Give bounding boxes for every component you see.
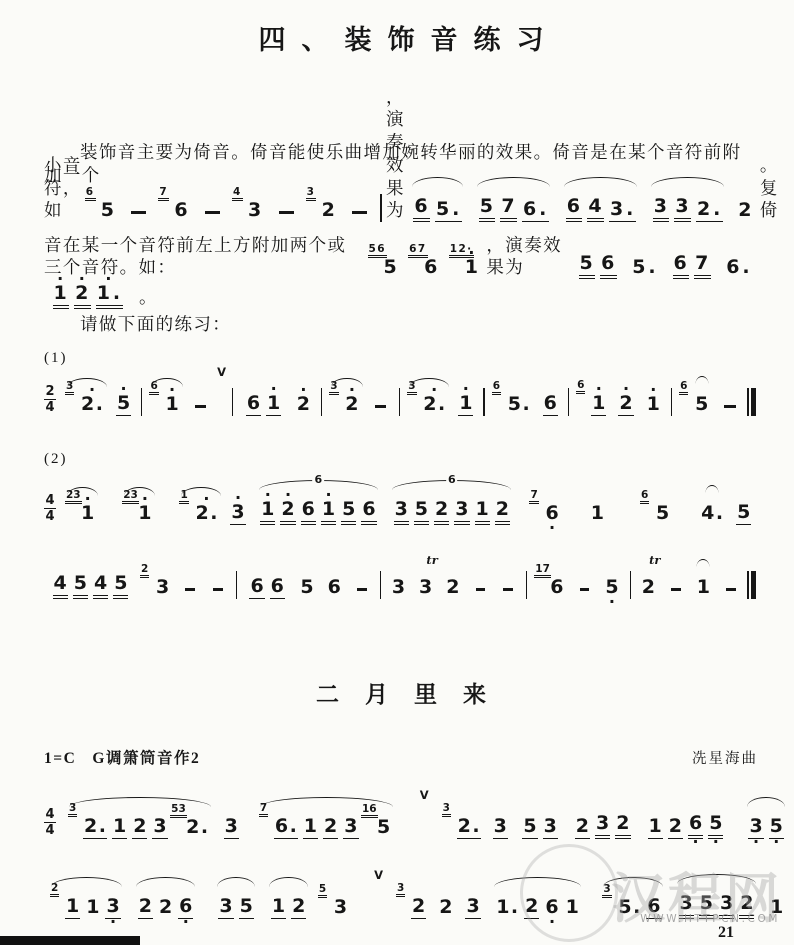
note: 6: [246, 385, 261, 416]
low-octave-dot: ·: [713, 839, 719, 844]
note-number: 5: [299, 578, 314, 599]
exercise-1-notation: 243·2.·56·1V6·1·23·23·2.·165.66·1·2·165: [44, 368, 758, 416]
note-group: 6·1: [243, 385, 283, 416]
note-number: 2: [618, 394, 633, 416]
fermata-arc: [695, 376, 708, 384]
intro-line-2: 小音符，如 65764332 ，演奏效果为 65.576.643.332.2 。…: [44, 170, 758, 222]
slur-arc: [409, 378, 449, 387]
sustain-dash: [213, 588, 223, 591]
intro-line-4: ·1·2·1. 。: [44, 265, 758, 309]
breath-mark: V: [217, 365, 226, 379]
note: 5: [239, 888, 254, 919]
note: 6·: [178, 888, 193, 919]
note-number: 2: [495, 500, 510, 525]
note: 2: [438, 889, 453, 919]
grace-note: 2: [50, 882, 59, 897]
key-signature-text: 1=C G调箫筒音作2: [44, 746, 200, 768]
note: 65: [655, 495, 670, 525]
note-number: 5: [113, 574, 128, 599]
note-number: 1: [696, 578, 711, 599]
note: 1: [112, 808, 127, 839]
note-number: 1: [85, 898, 100, 919]
note-number: 6: [566, 197, 583, 222]
grace-note: 6: [85, 186, 96, 201]
low-octave-dot: ·: [753, 839, 759, 844]
note: 1: [85, 889, 100, 919]
note-number: 3: [391, 578, 406, 599]
time-sig-denominator: 4: [45, 510, 54, 524]
note: 3: [493, 808, 508, 839]
note-number: 1: [164, 395, 179, 416]
note: 65: [694, 386, 709, 416]
note: 6: [327, 569, 342, 599]
augmentation-dot: .: [290, 815, 297, 837]
note-number: 2: [615, 814, 630, 839]
grace-note: 6: [679, 380, 688, 395]
note-number: 1: [303, 817, 318, 839]
note-number: 2.: [83, 817, 107, 839]
sustain-dash: [726, 588, 736, 591]
sustain-dash: [476, 588, 486, 591]
slur-arc: [67, 378, 107, 387]
note: 65: [100, 192, 117, 222]
note-number: 3: [394, 500, 409, 525]
note-number: 2: [132, 817, 147, 839]
note-number: 3: [595, 814, 610, 839]
slur-arc: [181, 487, 221, 496]
note-group: 12: [268, 888, 308, 919]
note-number: 1: [112, 817, 127, 839]
thick-bar: [751, 571, 756, 599]
note-number: 1: [646, 395, 661, 416]
low-octave-dot: ·: [549, 525, 555, 530]
note: 6·1: [591, 385, 606, 416]
note: 23·1: [80, 495, 95, 525]
thin-bar: [747, 388, 749, 416]
grace-note: 6: [492, 380, 501, 395]
barline: [671, 388, 672, 416]
note: 5: [73, 565, 88, 599]
thick-bar: [751, 388, 756, 416]
barline: [321, 388, 322, 416]
song-meta-line: 1=C G调箫筒音作2 冼星海曲: [44, 746, 758, 768]
note-number: 2: [445, 578, 460, 599]
note-number: 2: [158, 898, 173, 919]
note-group: 35: [216, 888, 256, 919]
grace-note: 12·: [449, 243, 474, 258]
note: 5: [113, 565, 128, 599]
note-number: 6: [249, 577, 264, 599]
note: 5.: [435, 191, 462, 222]
note: 1: [303, 808, 318, 839]
grace-note: 17: [534, 563, 551, 578]
note: 2: [495, 491, 510, 525]
augmentation-dot: .: [96, 393, 103, 415]
note: ·1.: [96, 275, 123, 309]
note-group: 3·5·: [746, 808, 786, 839]
grace-note: 2: [140, 563, 149, 578]
note-number: 3: [674, 197, 691, 222]
note-number: 1.: [495, 898, 519, 919]
note-number: 1.: [96, 284, 123, 309]
note-number: 3: [155, 578, 170, 599]
note-number: 5: [736, 503, 751, 525]
note-number: 5: [73, 574, 88, 599]
watermark-url: WWW.HTTPCN.COM: [640, 913, 780, 925]
played-effect-notation: 65.576.643.332.2: [405, 188, 760, 222]
note: 2: [323, 808, 338, 839]
low-octave-dot: ·: [609, 599, 615, 604]
note-number: 4.: [700, 504, 724, 525]
note-number: 2: [434, 500, 449, 525]
slur-arc: [67, 487, 98, 496]
note: 3: [391, 569, 406, 599]
note: 3·2: [344, 386, 359, 416]
note-number: 3: [493, 817, 508, 839]
note: 1: [696, 569, 711, 599]
grace-note: 6: [640, 489, 649, 504]
note: 5·: [604, 569, 619, 599]
note: 5: [414, 491, 429, 525]
fermata-arc: [697, 559, 710, 567]
note-group: 32.123532.: [68, 808, 212, 839]
low-octave-dot: ·: [773, 839, 779, 844]
note-number: 4: [93, 574, 108, 599]
grace-note: 67: [408, 243, 427, 258]
note-group: ·1·2·1.: [50, 275, 125, 309]
note-number: 3: [247, 201, 264, 222]
note: ·2: [618, 385, 633, 416]
watermark: 汉程网 WWW.HTTPCN.COM: [534, 858, 784, 936]
note-number: 2.: [194, 504, 218, 525]
note: 4.: [700, 495, 724, 525]
note: 6: [413, 188, 430, 222]
note: 3: [152, 808, 167, 839]
note-number: 3: [230, 503, 245, 525]
note: 1: [271, 888, 286, 919]
note: 6·: [688, 805, 703, 839]
note-number: 5.: [507, 395, 531, 416]
note: 6: [301, 491, 316, 525]
note-number: 1: [591, 394, 606, 416]
note: 2.: [696, 191, 723, 222]
note-group: 2113·: [50, 888, 123, 919]
note: 6: [249, 568, 264, 599]
grace-note: 3: [306, 186, 317, 201]
note-number: 1: [475, 500, 490, 525]
breath-mark: V: [374, 868, 383, 882]
grace-note: 3: [68, 802, 77, 817]
note: 6: [566, 188, 583, 222]
barline: [399, 388, 400, 416]
grace-note: 3: [442, 802, 451, 817]
practice-prompt: 请做下面的练习：: [44, 313, 758, 336]
augmentation-dot: .: [626, 198, 635, 220]
low-octave-dot: ·: [110, 919, 116, 924]
note-number: 3: [343, 817, 358, 839]
note: 532.: [185, 809, 209, 839]
note: 165: [376, 809, 391, 839]
note-number: 5: [479, 197, 496, 222]
intro-line-2-suffix: 。复倚: [760, 154, 779, 222]
barline: [141, 388, 142, 416]
sustain-dash: [205, 211, 220, 214]
page-number: 21: [718, 924, 734, 942]
note: 32: [321, 192, 338, 222]
sustain-dash: [131, 211, 146, 214]
note: 2: [434, 491, 449, 525]
intro-line-2-mid: ，演奏效果为: [386, 86, 405, 223]
note: 3·2.: [422, 386, 446, 416]
sustain-dash: [580, 588, 590, 591]
note: 3: [454, 491, 469, 525]
note: 2: [575, 808, 590, 839]
note: 5: [479, 188, 496, 222]
augmentation-dot: .: [113, 282, 122, 304]
note-number: 2: [575, 817, 590, 839]
note-number: 1: [65, 897, 80, 919]
note-group: 226·: [135, 888, 196, 919]
key-prefix: 1=C: [44, 750, 76, 767]
note-number: 2.: [80, 395, 104, 416]
note: 3: [674, 188, 691, 222]
trill-mark: tr: [426, 553, 437, 567]
note: ·1: [321, 491, 336, 525]
note-number: 2: [74, 284, 91, 309]
note-number: 6.: [274, 817, 298, 839]
note: 176: [549, 569, 564, 599]
augmentation-dot: .: [99, 815, 106, 837]
grace-note: 56: [368, 243, 387, 258]
note: 4: [53, 565, 68, 599]
note: 4: [587, 188, 604, 222]
note: 3: [394, 491, 409, 525]
slur-arc: [124, 487, 155, 496]
note-number: 5: [376, 818, 391, 839]
note-number: 1: [53, 284, 70, 309]
barline: [526, 571, 527, 599]
sustain-dash: [375, 405, 386, 408]
grace-note: 3: [396, 882, 405, 897]
note-number: 6: [327, 578, 342, 599]
note: 5·: [769, 808, 784, 839]
fermata-arc: [706, 485, 719, 493]
tuplet-number: 6: [313, 473, 325, 486]
grace-note: 16: [361, 803, 378, 818]
note-number: 5: [341, 500, 356, 525]
grace-note: 6: [576, 379, 585, 394]
note-group: 643.: [563, 188, 638, 222]
note-group: 576.: [476, 188, 551, 222]
note-group: 4545: [50, 565, 131, 599]
note-number: 5: [694, 395, 709, 416]
note-number: 3: [218, 897, 233, 919]
note: 3: [343, 808, 358, 839]
note-number: 3: [418, 578, 433, 599]
augmentation-dot: .: [522, 393, 529, 415]
note-number: 6: [543, 394, 558, 416]
note: 23·1: [137, 495, 152, 525]
note-number: 2.: [457, 817, 481, 839]
note: 32: [411, 888, 426, 919]
time-sig-denominator: 4: [45, 401, 54, 415]
note: 21: [65, 888, 80, 919]
note: ·3: [230, 494, 245, 525]
tuplet-number: 6: [446, 473, 458, 486]
note-number: 2.: [696, 200, 723, 222]
composer-credit: 冼星海曲: [692, 747, 758, 768]
low-octave-dot: ·: [183, 919, 189, 924]
note: 3: [595, 805, 610, 839]
page-title: 四、装饰音练习: [44, 18, 758, 57]
augmentation-dot: .: [716, 502, 723, 524]
note-number: 1: [137, 504, 152, 525]
note-number: 2: [737, 201, 754, 222]
time-signature: 44: [44, 808, 56, 839]
note: ·1: [646, 386, 661, 416]
sustain-dash: [357, 588, 367, 591]
note-number: 6: [173, 201, 190, 222]
note: 76.: [274, 808, 298, 839]
note: 1·2.: [194, 495, 218, 525]
note-number: 2: [668, 817, 683, 839]
note-number: 3.: [609, 200, 636, 222]
song-title: 二月里来: [44, 676, 758, 709]
note-number: 2: [344, 395, 359, 416]
note-number: 2: [321, 201, 338, 222]
exercise-2-notation-line-1: 4423·123·11·2.·36·1·26·156635231276·1654…: [44, 477, 758, 525]
note-group: 66: [247, 568, 287, 599]
slur-arc: [151, 378, 182, 387]
note: 5: [736, 494, 751, 525]
time-sig-denominator: 4: [45, 824, 54, 838]
note: 65.: [507, 386, 531, 416]
augmentation-dot: .: [511, 896, 518, 918]
scan-artifact-bar: [0, 936, 140, 945]
barline: [380, 194, 382, 222]
trill-mark: tr: [649, 553, 660, 567]
note: 23: [155, 569, 170, 599]
barline: [380, 571, 381, 599]
exercise-2-notation-line-2: 45452366563tr321765·tr21: [44, 551, 758, 599]
grace-note-example-notation: 65764332: [82, 192, 386, 222]
note: 32.: [457, 808, 481, 839]
note: 3: [218, 888, 233, 919]
augmentation-dot: .: [201, 816, 208, 838]
intro-line-2-prefix: 小音符，如: [44, 154, 82, 222]
note-number: 4: [587, 197, 604, 222]
note-group: 76.123165: [259, 808, 394, 839]
note-number: 6: [270, 577, 285, 599]
note: 1: [648, 808, 663, 839]
grace-note: 4: [232, 186, 243, 201]
note-number: 6: [413, 197, 430, 222]
augmentation-dot: .: [210, 502, 217, 524]
note-number: 2: [323, 817, 338, 839]
note: 7: [500, 188, 517, 222]
note-number: 3: [543, 817, 558, 839]
note: ·1: [53, 275, 70, 309]
note: 1.: [495, 889, 519, 919]
note: 2: [445, 569, 460, 599]
note-group: 126·5·: [645, 805, 726, 839]
grace-note: 53: [170, 803, 187, 818]
note-number: 5.: [435, 200, 462, 222]
note-number: 2: [280, 500, 295, 525]
note: 32.: [83, 808, 107, 839]
note: 3·2.: [80, 386, 104, 416]
song-notation-line-1: 4432.123532.376.123165V32.353232126·5·3·…: [44, 791, 758, 839]
sustain-dash: [185, 588, 195, 591]
note: ·1: [458, 385, 473, 416]
played-effect-notation-3: ·1·2·1.: [44, 275, 131, 309]
note: tr3: [418, 569, 433, 599]
note-number: 6: [549, 578, 564, 599]
time-sig-numerator: 4: [45, 494, 54, 508]
exercise-2-label: (2): [44, 451, 758, 468]
note-number: 3: [454, 500, 469, 525]
key-fingering: G调箫筒音作2: [92, 750, 200, 767]
note-number: 2: [438, 898, 453, 919]
note: 5: [341, 491, 356, 525]
note-number: 6: [246, 394, 261, 416]
scanned-score-page: 四、装饰音练习 装饰音主要为倚音。倚音能使乐曲增加婉转华丽的效果。倚音是在某个音…: [0, 0, 794, 945]
low-octave-dot: ·: [693, 839, 699, 844]
note-number: 3: [465, 897, 480, 919]
note-number: 6.: [522, 200, 549, 222]
note-number: 4: [53, 574, 68, 599]
barline: [630, 571, 631, 599]
note-group: 332.: [650, 188, 725, 222]
note: ·1: [260, 491, 275, 525]
note-number: 6: [301, 500, 316, 525]
intro-line-4-suffix: 。: [139, 286, 158, 309]
note: 3.: [609, 191, 636, 222]
time-sig-numerator: 2: [45, 385, 54, 399]
note: 5·: [708, 805, 723, 839]
note-group: 6352312: [391, 491, 512, 525]
note: 6: [361, 491, 376, 525]
note-group: 232: [572, 805, 633, 839]
note: ·5: [116, 385, 131, 416]
thin-bar: [747, 571, 749, 599]
sustain-dash: [195, 405, 206, 408]
note-number: 5: [116, 394, 131, 416]
note-number: 2: [138, 897, 153, 919]
note-number: 1: [80, 504, 95, 525]
barline: [232, 388, 233, 416]
note-group: 6·1·26·156: [258, 491, 379, 525]
final-barline: [747, 571, 756, 599]
note-number: 5: [522, 817, 537, 839]
note: 76: [173, 192, 190, 222]
augmentation-dot: .: [539, 198, 548, 220]
grace-note: 7: [259, 802, 268, 817]
final-barline: [747, 388, 756, 416]
note-group: 65.: [411, 188, 464, 222]
note: ·2: [296, 386, 311, 416]
note: tr2: [641, 569, 656, 599]
time-signature: 44: [44, 494, 56, 525]
note: 2: [668, 808, 683, 839]
note-number: 3: [224, 817, 239, 839]
grace-note: 7: [158, 186, 169, 201]
sustain-dash: [671, 588, 681, 591]
note-number: 7: [500, 197, 517, 222]
note-number: 5: [239, 897, 254, 919]
note: ·2: [74, 275, 91, 309]
note: 1: [590, 495, 605, 525]
